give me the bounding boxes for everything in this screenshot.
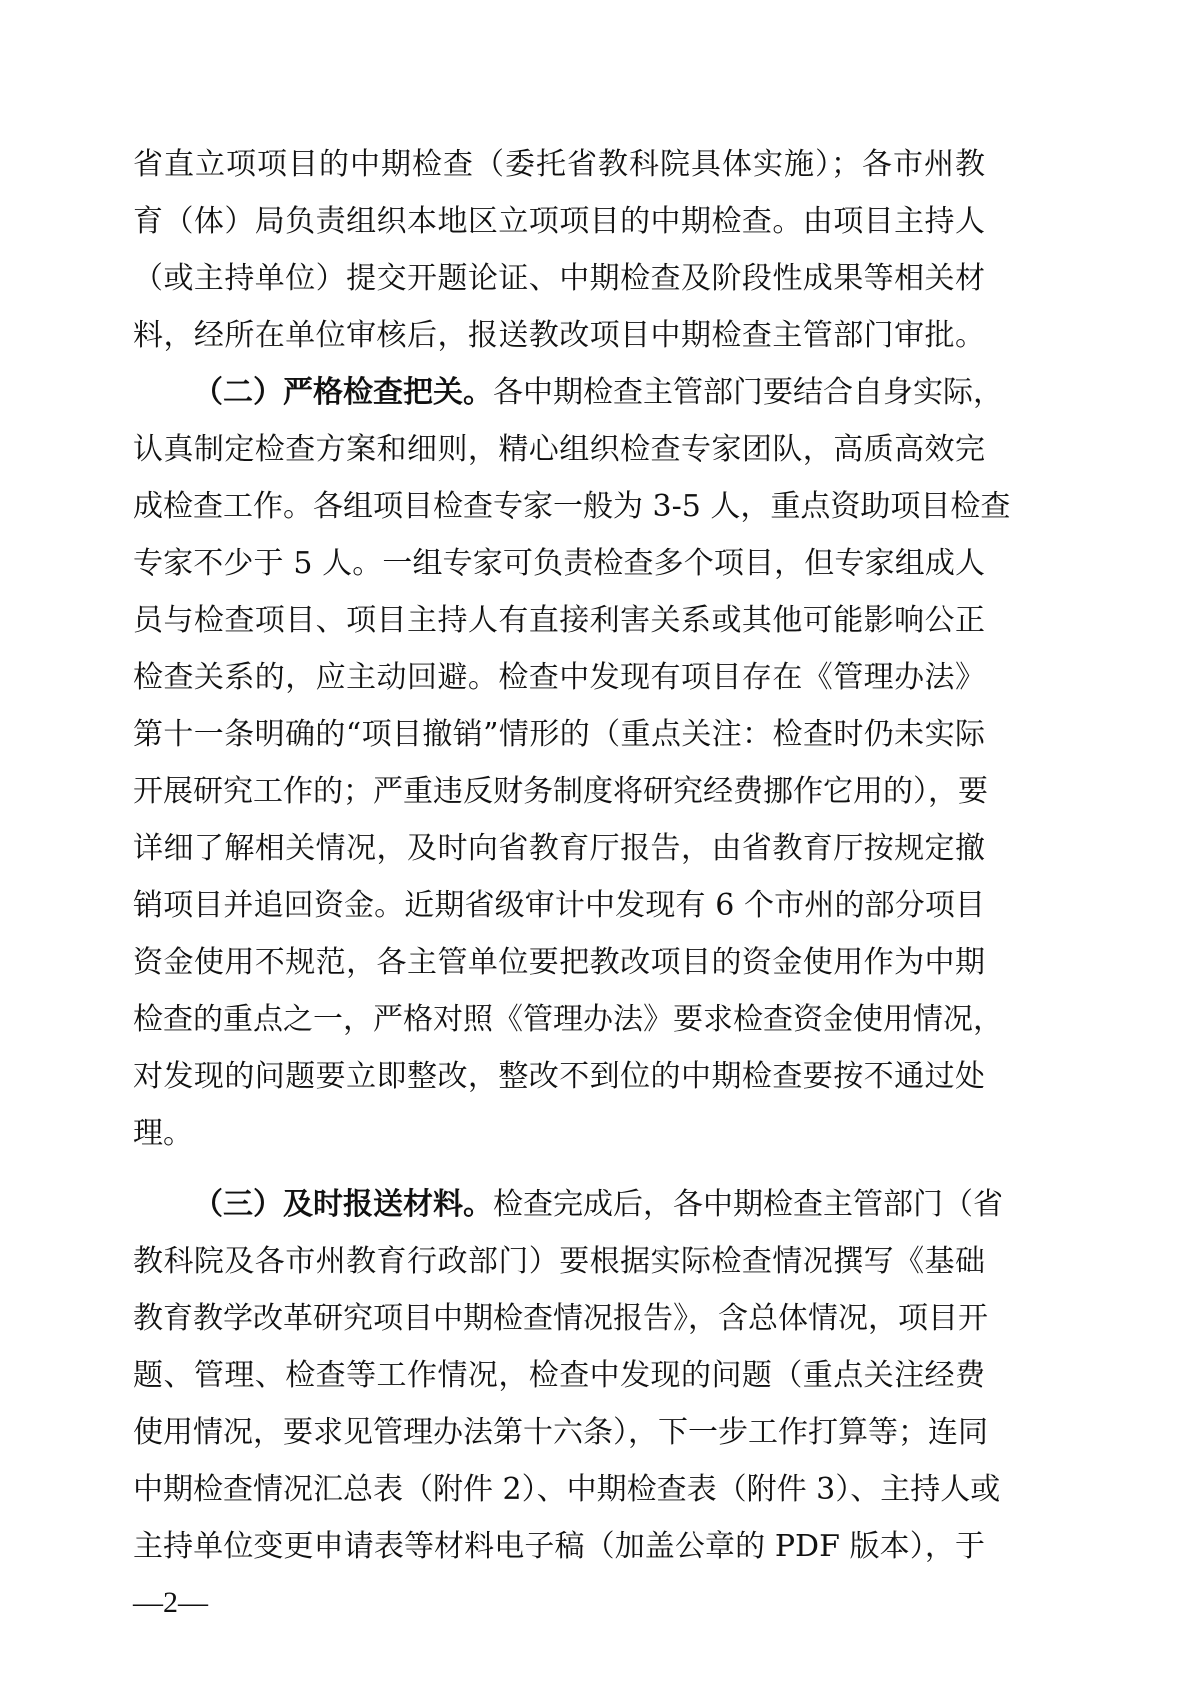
paragraph-line: 资金使用不规范，各主管单位要把教改项目的资金使用作为中期: [133, 941, 985, 985]
section-3-heading: （三）及时报送材料。: [193, 1187, 493, 1222]
paragraph-line: 认真制定检查方案和细则，精心组织检查专家团队，高质高效完: [133, 428, 985, 472]
paragraph-line: 成检查工作。各组项目检查专家一般为 3-5 人，重点资助项目检查: [133, 485, 985, 529]
paragraph-line: 育（体）局负责组织本地区立项项目的中期检查。由项目主持人: [133, 200, 985, 244]
paragraph-line: 详细了解相关情况，及时向省教育厅报告，由省教育厅按规定撤: [133, 827, 985, 871]
paragraph-line: 检查关系的，应主动回避。检查中发现有项目存在《管理办法》: [133, 656, 985, 700]
paragraph-line: 检查的重点之一，严格对照《管理办法》要求检查资金使用情况，: [133, 998, 985, 1042]
section-3-first-line: （三）及时报送材料。检查完成后，各中期检查主管部门（省: [193, 1183, 985, 1227]
page-number: —2—: [133, 1583, 208, 1623]
paragraph-line: 省直立项项目的中期检查（委托省教科院具体实施）；各市州教: [133, 143, 985, 187]
paragraph-line: 题、管理、检查等工作情况，检查中发现的问题（重点关注经费: [133, 1354, 985, 1398]
paragraph-line: 员与检查项目、项目主持人有直接利害关系或其他可能影响公正: [133, 599, 985, 643]
paragraph-line: 教科院及各市州教育行政部门）要根据实际检查情况撰写《基础: [133, 1240, 985, 1284]
paragraph-line: 中期检查情况汇总表（附件 2）、中期检查表（附件 3）、主持人或: [133, 1468, 985, 1512]
section-3-text: 检查完成后，各中期检查主管部门（省: [493, 1187, 1003, 1222]
section-2-heading: （二）严格检查把关。: [193, 375, 493, 410]
paragraph-line: 专家不少于 5 人。一组专家可负责检查多个项目，但专家组成人: [133, 542, 985, 586]
paragraph-line: 主持单位变更申请表等材料电子稿（加盖公章的 PDF 版本），于: [133, 1525, 985, 1569]
paragraph-line: 销项目并追回资金。近期省级审计中发现有 6 个市州的部分项目: [133, 884, 985, 928]
paragraph-line: 对发现的问题要立即整改，整改不到位的中期检查要按不通过处: [133, 1055, 985, 1099]
paragraph-line: 料，经所在单位审核后，报送教改项目中期检查主管部门审批。: [133, 314, 985, 358]
paragraph-line: 第十一条明确的“项目撤销”情形的（重点关注：检查时仍未实际: [133, 713, 985, 757]
document-page: 省直立项项目的中期检查（委托省教科院具体实施）；各市州教 育（体）局负责组织本地…: [0, 0, 1191, 1684]
paragraph-line: （或主持单位）提交开题论证、中期检查及阶段性成果等相关材: [133, 257, 985, 301]
section-2-first-line: （二）严格检查把关。各中期检查主管部门要结合自身实际，: [193, 371, 985, 415]
section-2-text: 各中期检查主管部门要结合自身实际，: [493, 375, 1003, 410]
paragraph-line: 教育教学改革研究项目中期检查情况报告》，含总体情况，项目开: [133, 1297, 985, 1341]
paragraph-line: 开展研究工作的；严重违反财务制度将研究经费挪作它用的），要: [133, 770, 985, 814]
paragraph-line: 理。: [133, 1112, 985, 1156]
paragraph-line: 使用情况，要求见管理办法第十六条），下一步工作打算等；连同: [133, 1411, 985, 1455]
